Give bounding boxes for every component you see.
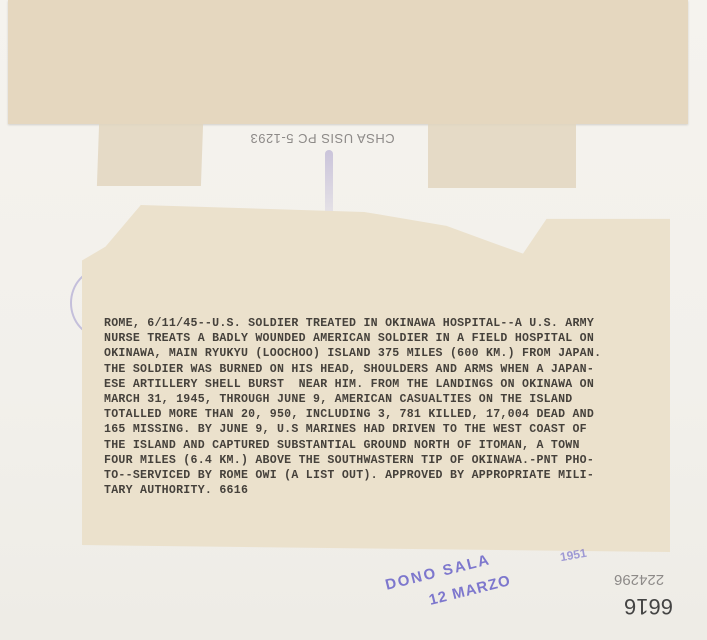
caption-line: TARY AUTHORITY. 6616 (104, 483, 664, 498)
caption-line: ESE ARTILLERY SHELL BURST NEAR HIM. FROM… (104, 377, 664, 392)
photo-paper-top (8, 0, 688, 124)
handwritten-photo-number: 6616 (624, 593, 673, 619)
caption-line: THE SOLDIER WAS BURNED ON HIS HEAD, SHOU… (104, 362, 664, 377)
caption-line: 165 MISSING. BY JUNE 9, U.S MARINES HAD … (104, 422, 664, 437)
caption-text: ROME, 6/11/45--U.S. SOLDIER TREATED IN O… (104, 316, 664, 498)
caption-line: OKINAWA, MAIN RYUKYU (LOOCHOO) ISLAND 37… (104, 346, 664, 361)
tape-strip-left (97, 124, 203, 186)
caption-line: ROME, 6/11/45--U.S. SOLDIER TREATED IN O… (104, 316, 664, 331)
caption-line: NURSE TREATS A BADLY WOUNDED AMERICAN SO… (104, 331, 664, 346)
caption-line: MARCH 31, 1945, THROUGH JUNE 9, AMERICAN… (104, 392, 664, 407)
caption-line: TO--SERVICED BY ROME OWI (A LIST OUT). A… (104, 468, 664, 483)
caption-line: FOUR MILES (6.4 KM.) ABOVE THE SOUTHWAST… (104, 453, 664, 468)
pencil-catalog-note: CHSA USIS PC 5-1293 (250, 131, 395, 146)
tape-strip-right (428, 124, 576, 188)
caption-line: TOTALLED MORE THAN 20, 950, INCLUDING 3,… (104, 407, 664, 422)
caption-line: THE ISLAND AND CAPTURED SUBSTANTIAL GROU… (104, 438, 664, 453)
handwritten-inventory-number: 224296 (614, 571, 664, 588)
